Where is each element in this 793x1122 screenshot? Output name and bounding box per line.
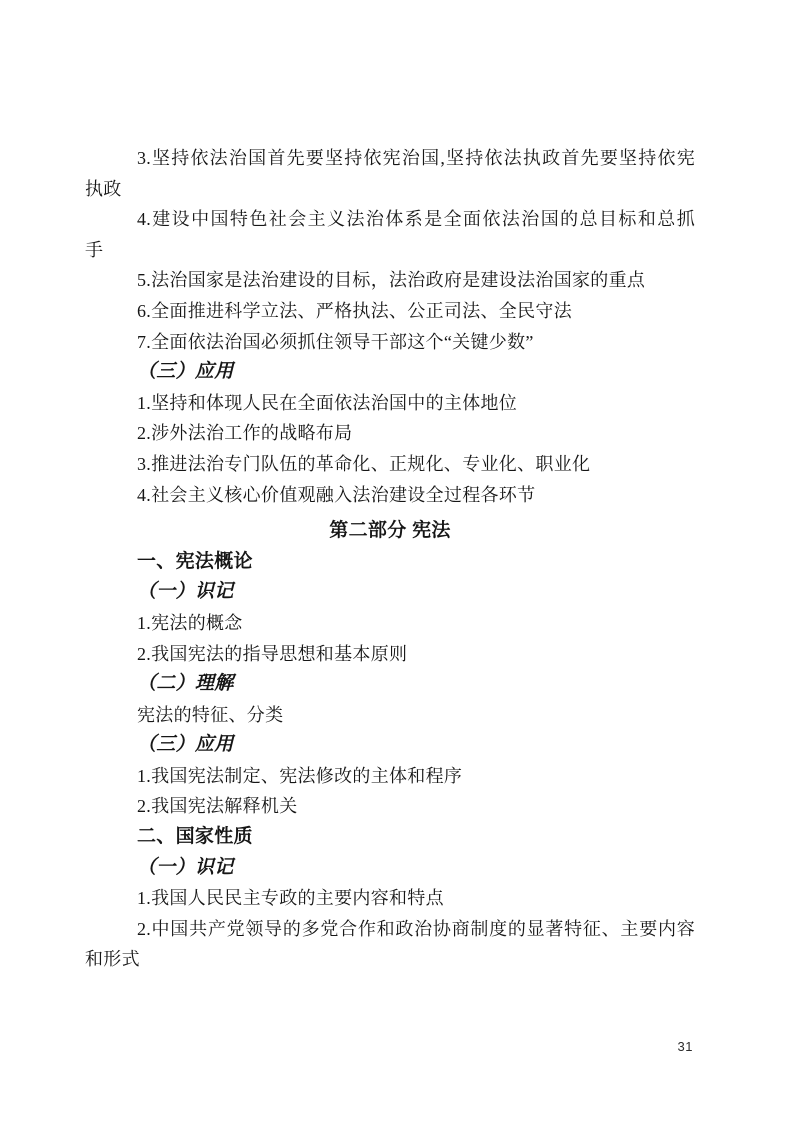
level-heading: （二）理解 (85, 669, 695, 700)
text-line: 2.我国宪法的指导思想和基本原则 (85, 639, 695, 670)
text-line: 1.我国人民民主专政的主要内容和特点 (85, 883, 695, 914)
page-number: 31 (678, 1039, 693, 1054)
text-line: 宪法的特征、分类 (85, 700, 695, 731)
text-line: 2.我国宪法解释机关 (85, 791, 695, 822)
text-line: 2.中国共产党领导的多党合作和政治协商制度的显著特征、主要内容 (85, 914, 695, 945)
text-line: 7.全面依法治国必须抓住领导干部这个“关键少数” (85, 327, 695, 358)
text-line: 1.我国宪法制定、宪法修改的主体和程序 (85, 761, 695, 792)
text-line: 5.法治国家是法治建设的目标，法治政府是建设法治国家的重点 (85, 265, 695, 296)
text-line: 1.宪法的概念 (85, 608, 695, 639)
text-line: 2.涉外法治工作的战略布局 (85, 418, 695, 449)
section-heading: 一、宪法概论 (85, 547, 695, 578)
text-line: 和形式 (85, 944, 695, 975)
level-heading: （三）应用 (85, 730, 695, 761)
level-heading: （一）识记 (85, 853, 695, 884)
text-line: 手 (85, 235, 695, 266)
text-line: 执政 (85, 174, 695, 205)
part-heading: 第二部分 宪法 (85, 516, 695, 547)
text-line: 4.社会主义核心价值观融入法治建设全过程各环节 (85, 480, 695, 511)
text-line: 6.全面推进科学立法、严格执法、公正司法、全民守法 (85, 296, 695, 327)
document-body: 3.坚持依法治国首先要坚持依宪治国,坚持依法执政首先要坚持依宪执政4.建设中国特… (85, 143, 695, 975)
text-line: 1.坚持和体现人民在全面依法治国中的主体地位 (85, 388, 695, 419)
level-heading: （三）应用 (85, 357, 695, 388)
text-line: 4.建设中国特色社会主义法治体系是全面依法治国的总目标和总抓 (85, 204, 695, 235)
document-page: 3.坚持依法治国首先要坚持依宪治国,坚持依法执政首先要坚持依宪执政4.建设中国特… (0, 0, 793, 1122)
text-line: 3.坚持依法治国首先要坚持依宪治国,坚持依法执政首先要坚持依宪 (85, 143, 695, 174)
level-heading: （一）识记 (85, 577, 695, 608)
text-line: 3.推进法治专门队伍的革命化、正规化、专业化、职业化 (85, 449, 695, 480)
section-heading: 二、国家性质 (85, 822, 695, 853)
